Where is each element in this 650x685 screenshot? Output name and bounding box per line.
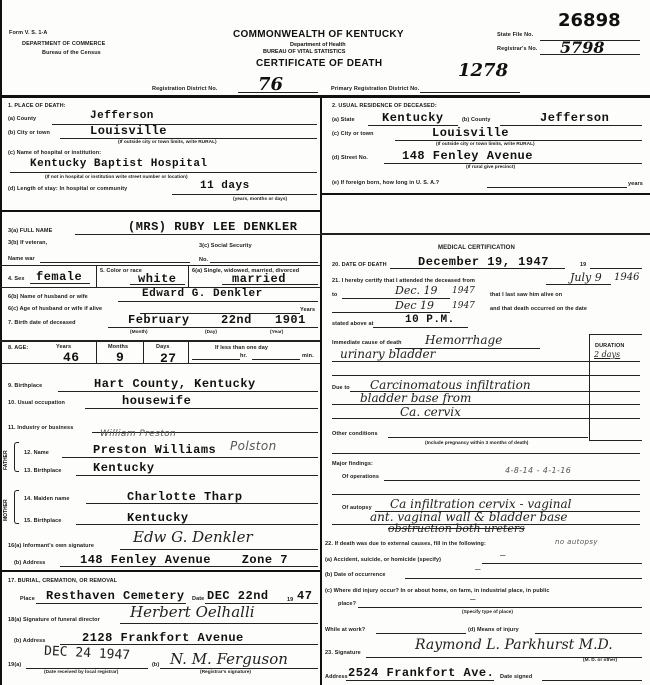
other-conditions-label: Other conditions <box>332 431 378 437</box>
attended-to-value: Dec. 19 <box>395 284 437 297</box>
social-security-no-label: No. <box>199 257 208 263</box>
registration-district-label: Registration District No. <box>152 86 217 92</box>
medical-certification-heading: MEDICAL CERTIFICATION <box>438 245 515 251</box>
operations-label: Of operations <box>342 474 379 480</box>
residence-street-label: (d) Street No. <box>332 155 368 161</box>
attended-from-value: July 9 <box>570 271 602 284</box>
immediate-cause-value-2: urinary bladder <box>340 347 435 361</box>
age-less-than-day-label: If less than one day <box>215 345 268 351</box>
due-to-label: Due to <box>332 385 350 391</box>
spouse-name-value: Edward G. Denkler <box>142 288 263 300</box>
length-of-stay-note: (years, months or days) <box>233 197 287 202</box>
residence-street-value: 148 Fenley Avenue <box>402 149 533 163</box>
veteran-label: 3(b) If veteran, <box>8 240 47 246</box>
burial-place-value: Resthaven Cemetery <box>46 589 185 603</box>
informant-signature: Edw G. Denkler <box>133 528 253 546</box>
occurrence-date-label: (b) Date of occurrence <box>325 572 386 578</box>
place-of-death-heading: 1. PLACE OF DEATH: <box>8 103 66 109</box>
burial-date-label: Date <box>192 596 204 602</box>
while-at-work-label: While at work? <box>325 627 365 633</box>
death-county-value: Jefferson <box>90 110 154 122</box>
informant-address-value: 148 Fenley Avenue Zone 7 <box>80 553 288 567</box>
last-seen-value: Dec 19 <box>395 299 434 312</box>
injury-location-label-2: place? <box>338 601 356 607</box>
funeral-director-label: 18(a) Signature of funeral director <box>8 617 100 623</box>
document-title: COMMONWEALTH OF KENTUCKY <box>233 29 404 40</box>
last-seen-text: that I last saw him alive on <box>490 292 562 298</box>
department-subtitle: Department of Health <box>290 42 346 48</box>
physician-title-note: (M. D. or other) <box>583 658 617 663</box>
physician-address-value: 2524 Frankfort Ave. <box>348 666 494 680</box>
birth-day-caption: (Day) <box>205 330 217 335</box>
injury-location-label: (c) Where did injury occur? In or about … <box>325 588 550 594</box>
father-name-label: 12. Name <box>24 450 49 456</box>
burial-heading: 17. BURIAL, CREMATION, OR REMOVAL <box>8 578 117 584</box>
death-city-note: (If outside city or town limits, write R… <box>118 140 217 145</box>
residence-state-value: Kentucky <box>382 111 444 125</box>
accident-value: — <box>500 553 506 559</box>
autopsy-value-3: obstruction both ureters <box>388 522 525 535</box>
mother-maiden-label: 14. Maiden name <box>24 496 70 502</box>
mother-maiden-value: Charlotte Tharp <box>127 490 243 504</box>
date-received-caption: (Date received by local registrar) <box>44 670 118 675</box>
department-name: DEPARTMENT OF COMMERCE <box>22 41 105 47</box>
residence-county-label: (b) County <box>462 117 491 123</box>
means-of-injury-label: (d) Means of injury <box>468 627 519 633</box>
date-of-death-suffix: 19 <box>580 262 586 268</box>
father-birthplace-label: 13. Birthplace <box>24 468 61 474</box>
residence-county-value: Jefferson <box>540 111 609 125</box>
immediate-cause-label: Immediate cause of death <box>332 340 402 346</box>
residence-street-note: (If rural give precinct) <box>466 165 515 170</box>
spouse-age-label: 6(c) Age of husband or wife if alive <box>8 306 102 312</box>
operations-value: 4-8-14 - 4-1-16 <box>505 466 571 475</box>
stated-time-label: stated above at <box>332 321 374 327</box>
due-to-value-2: bladder base from <box>360 391 471 405</box>
mother-side-label: MOTHER <box>3 487 9 521</box>
duration-value: 2 days <box>594 350 620 359</box>
mother-birthplace-value: Kentucky <box>127 511 189 525</box>
residence-city-note: (If outside city or town limits, write R… <box>436 142 535 147</box>
physician-signature-label: 23. Signature <box>325 650 361 656</box>
immediate-cause-value: Hemorrhage <box>425 333 502 347</box>
mother-bracket <box>14 490 19 524</box>
external-causes-heading: 22. If death was due to external causes,… <box>325 541 486 547</box>
father-surname-pencil: Polston <box>230 439 277 453</box>
death-city-label: (b) City or town <box>8 130 50 136</box>
spouse-name-label: 6(b) Name of husband or wife <box>8 294 88 300</box>
date-signed-label: Date signed <box>500 674 532 680</box>
funeral-director-address-label: (b) Address <box>14 638 45 644</box>
full-name-label: 3(a) FULL NAME <box>8 228 52 234</box>
date-received-label: 19(a) <box>8 662 21 668</box>
attended-to-label: to <box>332 292 337 298</box>
due-to-value-3: Ca. cervix <box>400 405 461 419</box>
injury-location-note: (Specify type of place) <box>462 610 513 615</box>
occurrence-date-value: — <box>475 567 481 573</box>
date-received-stamp: DEC 24 1947 <box>44 644 131 663</box>
attended-to-year: 1947 <box>452 286 475 296</box>
death-county-label: (a) County <box>8 116 36 122</box>
last-seen-year: 1947 <box>452 301 475 311</box>
form-number: Form V. S. 1-A <box>9 30 48 36</box>
informant-signature-label: 16(a) Informant's own signature <box>8 543 94 549</box>
birth-year-caption: (Year) <box>270 330 283 335</box>
death-city-value: Louisville <box>90 124 167 138</box>
attended-from-year: 1946 <box>614 272 639 283</box>
mother-birthplace-label: 15. Birthplace <box>24 518 61 524</box>
veteran-name-war-label: Name war <box>8 256 35 262</box>
birthplace-value: Hart County, Kentucky <box>94 377 256 391</box>
burial-date-value: DEC 22nd <box>207 589 269 603</box>
birth-month-caption: (Month) <box>130 330 148 335</box>
sex-label: 4. Sex <box>8 276 25 282</box>
residence-city-value: Louisville <box>432 126 509 140</box>
full-name-value: (MRS) RUBY LEE DENKLER <box>128 220 297 234</box>
length-of-stay-label: (d) Length of stay: In hospital or commu… <box>8 186 127 192</box>
father-birthplace-value: Kentucky <box>93 461 155 475</box>
age-days-label: Days <box>156 344 170 350</box>
industry-label: 11. Industry or business <box>8 425 73 431</box>
residence-city-label: (c) City or town <box>332 131 374 137</box>
date-of-death-label: 20. DATE OF DEATH <box>332 262 387 268</box>
state-file-label: State File No. <box>497 32 533 38</box>
birth-month-value: February <box>128 313 190 327</box>
hospital-note: (If not in hospital or institution write… <box>45 175 188 180</box>
registrar-signature-label: (b) <box>152 662 159 668</box>
birthplace-label: 9. Birthplace <box>8 383 42 389</box>
registrar-signature: N. M. Ferguson <box>170 650 288 668</box>
funeral-director-address-value: 2128 Frankfort Avenue <box>82 631 244 645</box>
birth-day-value: 22nd <box>221 313 252 327</box>
birth-date-label: 7. Birth date of deceased <box>8 320 76 326</box>
sex-value: female <box>36 270 82 284</box>
major-findings-label: Major findings: <box>332 461 373 467</box>
hospital-value: Kentucky Baptist Hospital <box>30 158 208 170</box>
occupation-label: 10. Usual occupation <box>8 400 65 406</box>
bureau-subtitle: BUREAU OF VITAL STATISTICS <box>263 49 345 55</box>
occupation-value: housewife <box>122 394 191 408</box>
autopsy-value-1: Ca infiltration cervix - vaginal <box>390 497 572 511</box>
time-of-death-value: 10 P.M. <box>405 314 455 326</box>
duration-label: DURATION <box>595 343 624 349</box>
birth-year-value: 1901 <box>275 313 306 327</box>
bureau-name: Bureau of the Census <box>42 50 101 56</box>
length-of-stay-value: 11 days <box>200 180 250 192</box>
foreign-born-label: (e) If foreign born, how long in U. S. A… <box>332 180 439 186</box>
father-side-label: FATHER <box>3 440 9 470</box>
due-to-value-1: Carcinomatous infiltration <box>370 378 531 392</box>
registrar-signature-caption: (Registrar's signature) <box>200 670 251 675</box>
accident-label: (a) Accident, suicide, or homicide (spec… <box>325 557 441 563</box>
burial-year-value: 47 <box>297 589 312 603</box>
stamp-number: 26898 <box>558 10 621 31</box>
father-bracket <box>14 442 19 472</box>
physician-address-label: Address <box>325 674 348 680</box>
hospital-label: (c) Name of hospital or institution: <box>8 150 101 156</box>
informant-address-label: (b) Address <box>14 560 45 566</box>
foreign-born-unit: years <box>628 181 643 187</box>
residence-state-label: (a) State <box>332 117 355 123</box>
primary-district-label: Primary Registration District No. <box>331 86 419 92</box>
autopsy-label: Of autopsy <box>342 505 372 511</box>
burial-place-label: Place <box>20 596 35 602</box>
death-occurred-text: and that death occurred on the date <box>490 306 587 312</box>
primary-district-stamp: 1278 <box>458 60 508 81</box>
father-name-value: Preston Williams <box>93 443 216 457</box>
social-security-label: 3(c) Social Security <box>199 243 252 249</box>
date-of-death-value: December 19, 1947 <box>418 255 549 269</box>
registrar-number-label: Registrar's No. <box>497 46 537 52</box>
age-hours-label: hr. <box>240 353 247 359</box>
age-label: 8. AGE: <box>8 345 28 351</box>
physician-signature: Raymond L. Parkhurst M.D. <box>415 637 613 653</box>
age-minutes-label: min. <box>302 353 314 359</box>
color-race-label: 5. Color or race <box>100 268 142 274</box>
injury-location-value: — <box>470 597 476 603</box>
certificate-title: CERTIFICATE OF DEATH <box>256 58 383 69</box>
external-causes-note: no autopsy <box>555 538 598 546</box>
residence-heading: 2. USUAL RESIDENCE OF DECEASED: <box>332 103 437 109</box>
father-name-pencil-note: William Preston <box>100 429 176 439</box>
other-conditions-note: (Include pregnancy within 3 months of de… <box>425 441 528 446</box>
funeral-director-signature: Herbert Oelhalli <box>130 603 255 621</box>
